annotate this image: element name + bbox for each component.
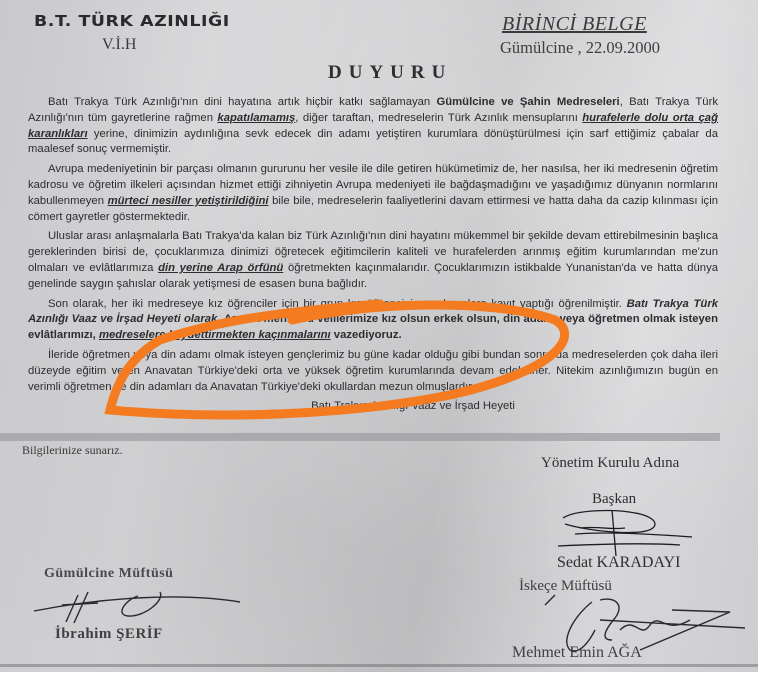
body-signature-line: Batı Trakya Azınlığı Vaaz ve İrşad Heyet… [28, 399, 718, 415]
paper-bottom-edge [0, 664, 758, 667]
document-title: DUYURU [328, 62, 452, 84]
text-segment: vazediyoruz. [331, 329, 402, 341]
mufti-1-title: Gümülcine Müftüsü [44, 566, 173, 582]
emphasized-phrase: medreselere kaydettirmekten kaçınmaların… [99, 329, 331, 341]
document-label: BİRİNCİ BELGE [502, 13, 647, 36]
president-title: Başkan [592, 491, 636, 508]
mufti-2-name: Mehmet Emin AĞA [512, 644, 642, 662]
document-body: Batı Trakya Türk Azınlığı'nın dini hayat… [28, 95, 718, 415]
scanned-document: B.T. TÜRK AZINLIĞI V.İ.H BİRİNCİ BELGE G… [0, 0, 758, 672]
organization-name: B.T. TÜRK AZINLIĞI [34, 12, 230, 30]
text-segment: Batı Trakya Türk Azınlığı'nın dini hayat… [48, 96, 436, 108]
board-label: Yönetim Kurulu Adına [541, 455, 679, 472]
emphasized-phrase: mürteci nesiller yetiştirildiğini [108, 195, 269, 207]
text-segment: Son olarak, her iki medreseye kız öğrenc… [48, 298, 627, 310]
text-segment: İleride öğretmen veya din adamı olmak is… [28, 349, 718, 393]
paragraph-list: Batı Trakya Türk Azınlığı'nın dini hayat… [28, 95, 718, 395]
emphasized-phrase: kapatılamamış [217, 112, 295, 124]
text-segment: Gümülcine ve Şahin Medreseleri [436, 96, 619, 108]
closing-text: Bilgilerinize sunarız. [22, 443, 123, 458]
scan-fold-strip [0, 433, 720, 441]
mufti-1-name: İbrahim ŞERİF [55, 626, 163, 643]
paragraph-5: İleride öğretmen veya din adamı olmak is… [28, 348, 718, 395]
paragraph-2: Avrupa medeniyetinin bir parçası olmanın… [28, 162, 718, 225]
organization-subtitle: V.İ.H [102, 36, 136, 54]
mufti-2-title: İskeçe Müftüsü [519, 578, 612, 595]
text-segment: yerine, dinimizin aydınlığına sevk edece… [28, 128, 718, 156]
paragraph-4: Son olarak, her iki medreseye kız öğrenc… [28, 297, 718, 344]
president-name: Sedat KARADAYI [557, 554, 680, 572]
paragraph-1: Batı Trakya Türk Azınlığı'nın dini hayat… [28, 95, 718, 158]
paragraph-3: Uluslar arası anlaşmalarla Batı Trakya'd… [28, 229, 718, 292]
place-date: Gümülcine , 22.09.2000 [500, 38, 660, 58]
text-segment: , diğer taraftan, medreselerin Türk Azın… [295, 112, 582, 124]
emphasized-phrase: din yerine Arap örfünü [158, 262, 283, 274]
